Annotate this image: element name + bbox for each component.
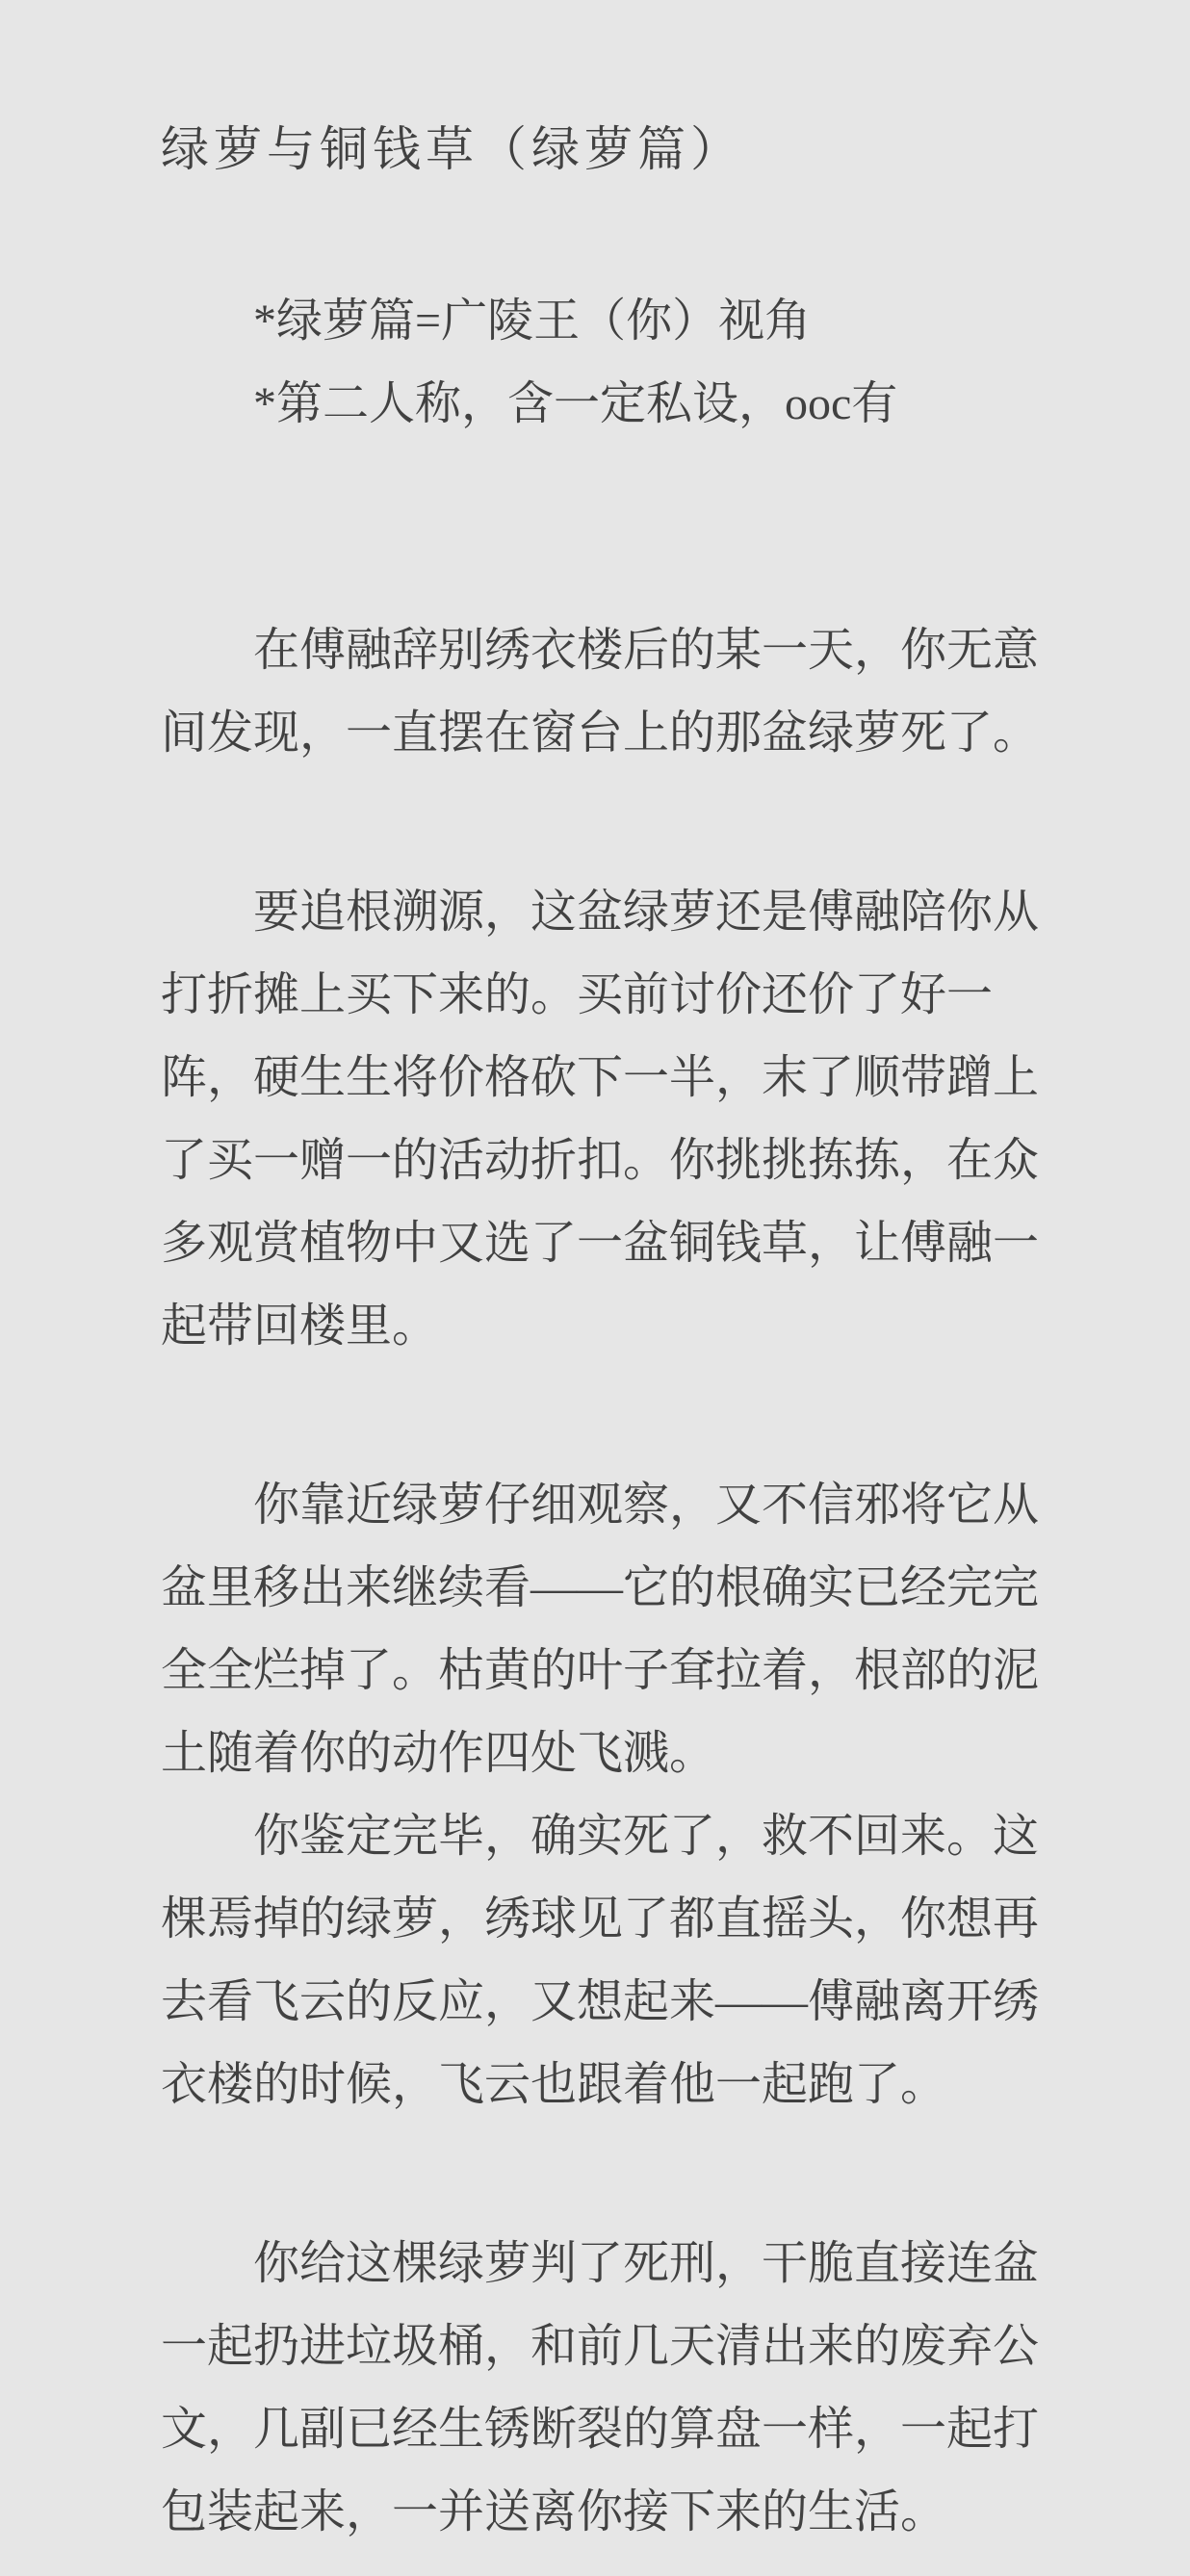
story-paragraph: 在傅融辞别绣衣楼后的某一天，你无意间发现，一直摆在窗台上的那盆绿萝死了。 <box>161 609 1047 775</box>
story-paragraph: 你给这棵绿萝判了死刑，干脆直接连盆一起扔进垃圾桶，和前几天清出来的废弃公文，几副… <box>161 2223 1047 2554</box>
story-line: 你靠近绿萝仔细观察，又不信邪将它从 <box>161 1464 1047 1547</box>
story-line: 去看飞云的反应，又想起来——傅融离开绣 <box>161 1961 1047 2044</box>
story-paragraph: 你靠近绿萝仔细观察，又不信邪将它从盆里移出来继续看——它的根确实已经完完全全烂掉… <box>161 1464 1047 1795</box>
story-line: 起带回楼里。 <box>161 1285 1047 1368</box>
story-line: 你鉴定完毕，确实死了，救不回来。这 <box>161 1795 1047 1878</box>
author-note-line: *第二人称，含一定私设，ooc有 <box>161 363 1047 446</box>
document-page: 绿萝与铜钱草（绿萝篇） *绿萝篇=广陵王（你）视角*第二人称，含一定私设，ooc… <box>0 0 1190 2576</box>
story-line: 全全烂掉了。枯黄的叶子耷拉着，根部的泥 <box>161 1630 1047 1713</box>
story-line: 一起扔进垃圾桶，和前几天清出来的废弃公 <box>161 2306 1047 2388</box>
story-line: 包装起来，一并送离你接下来的生活。 <box>161 2471 1047 2554</box>
story-line: 打折摊上买下来的。买前讨价还价了好一 <box>161 954 1047 1037</box>
story-line: 间发现，一直摆在窗台上的那盆绿萝死了。 <box>161 692 1047 775</box>
story-line: 多观赏植物中又选了一盆铜钱草，让傅融一 <box>161 1202 1047 1285</box>
story-line: 你给这棵绿萝判了死刑，干脆直接连盆 <box>161 2223 1047 2306</box>
story-paragraph: 你鉴定完毕，确实死了，救不回来。这棵焉掉的绿萝，绣球见了都直摇头，你想再去看飞云… <box>161 1795 1047 2126</box>
story-body: 在傅融辞别绣衣楼后的某一天，你无意间发现，一直摆在窗台上的那盆绿萝死了。要追根溯… <box>161 609 1047 2554</box>
page-title: 绿萝与铜钱草（绿萝篇） <box>161 108 1047 191</box>
reader-content: 绿萝与铜钱草（绿萝篇） *绿萝篇=广陵王（你）视角*第二人称，含一定私设，ooc… <box>161 108 1047 2554</box>
story-line: 阵，硬生生将价格砍下一半，末了顺带蹭上 <box>161 1037 1047 1120</box>
story-line: 盆里移出来继续看——它的根确实已经完完 <box>161 1547 1047 1630</box>
story-line: 要追根溯源，这盆绿萝还是傅融陪你从 <box>161 871 1047 954</box>
story-line: 棵焉掉的绿萝，绣球见了都直摇头，你想再 <box>161 1878 1047 1961</box>
story-line: 文，几副已经生锈断裂的算盘一样，一起打 <box>161 2388 1047 2471</box>
story-line: 土随着你的动作四处飞溅。 <box>161 1713 1047 1795</box>
story-line: 衣楼的时候，飞云也跟着他一起跑了。 <box>161 2044 1047 2126</box>
story-line: 在傅融辞别绣衣楼后的某一天，你无意 <box>161 609 1047 692</box>
author-note-line: *绿萝篇=广陵王（你）视角 <box>161 280 1047 363</box>
author-notes: *绿萝篇=广陵王（你）视角*第二人称，含一定私设，ooc有 <box>161 280 1047 446</box>
story-paragraph: 要追根溯源，这盆绿萝还是傅融陪你从打折摊上买下来的。买前讨价还价了好一阵，硬生生… <box>161 871 1047 1368</box>
story-line: 了买一赠一的活动折扣。你挑挑拣拣，在众 <box>161 1120 1047 1202</box>
